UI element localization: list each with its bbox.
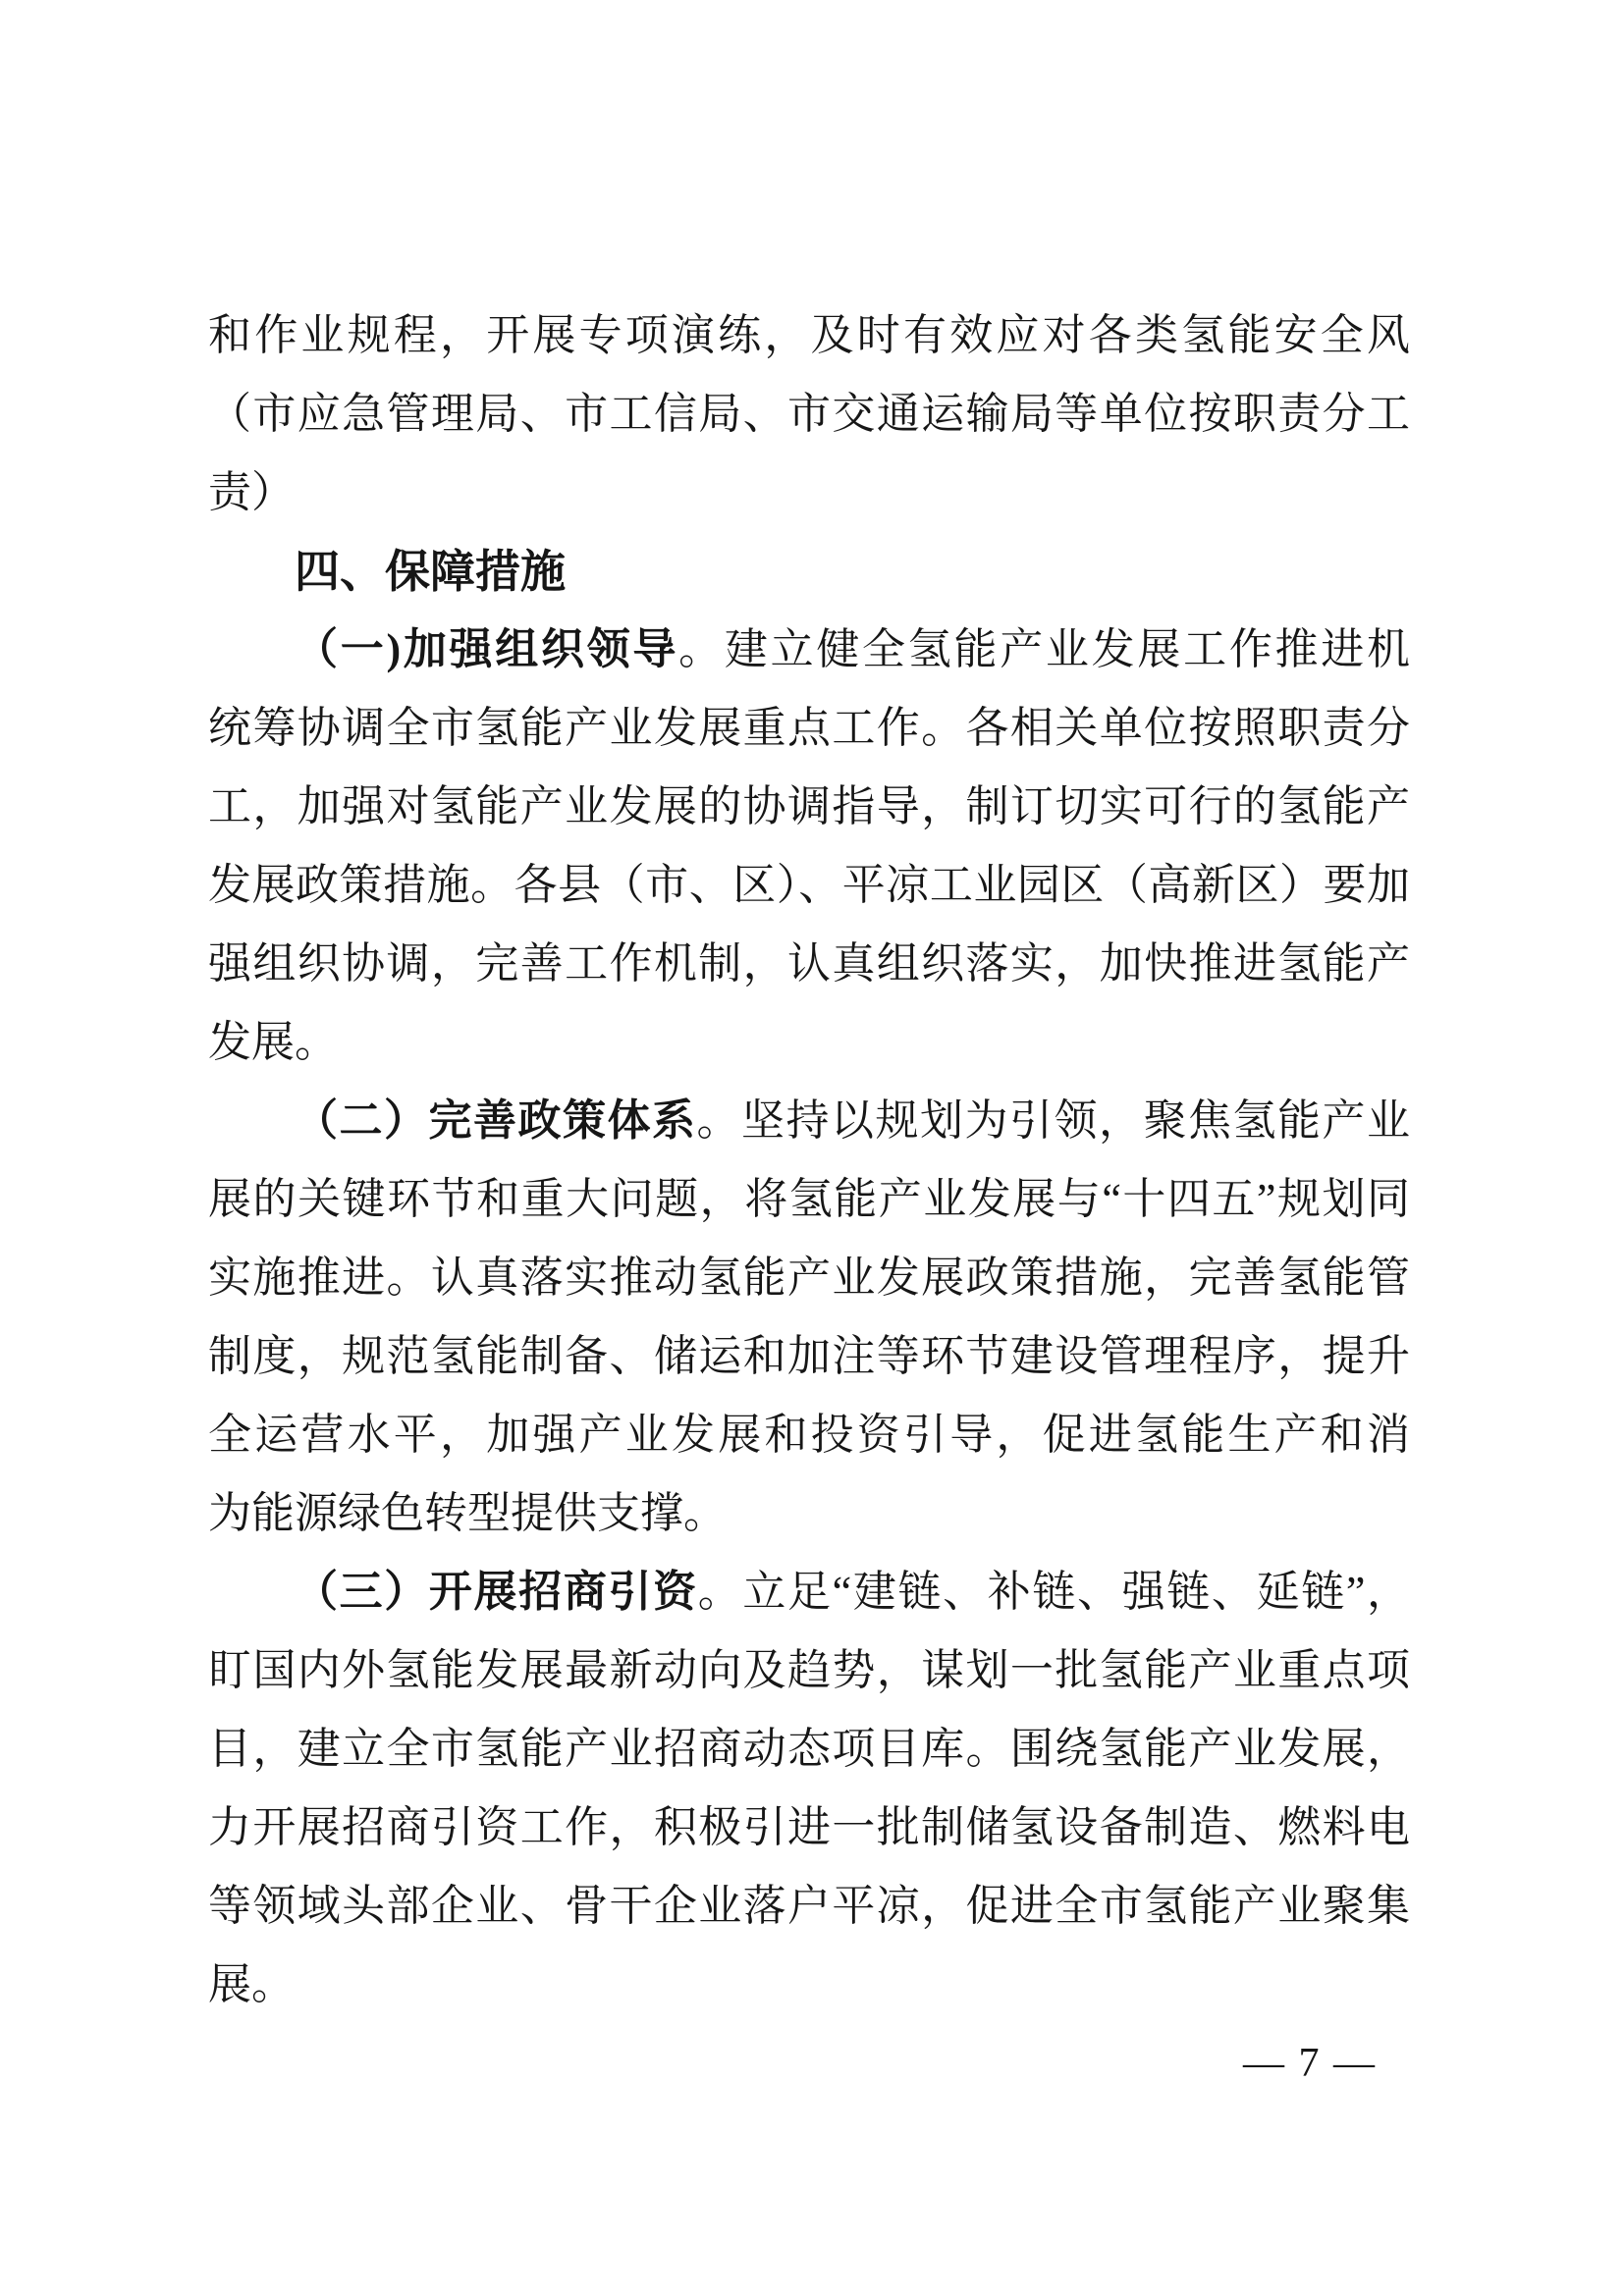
text-line: 强组织协调，完善工作机制，认真组织落实，加快推进氢能产业 xyxy=(208,925,1410,1003)
text-line: 全运营水平，加强产业发展和投资引导，促进氢能生产和消费， xyxy=(208,1396,1410,1474)
text-line: （市应急管理局、市工信局、市交通运输局等单位按职责分工负 xyxy=(208,375,1410,454)
paragraph-first-line: （二）完善政策体系。坚持以规划为引领，聚焦氢能产业发 xyxy=(208,1082,1410,1160)
text-line: 目，建立全市氢能产业招商动态项目库。围绕氢能产业发展，大 xyxy=(208,1710,1410,1789)
text-line: 等领域头部企业、骨干企业落户平凉，促进全市氢能产业聚集发 xyxy=(208,1867,1410,1946)
text-line: 为能源绿色转型提供支撑。 xyxy=(208,1474,1410,1553)
text-line: 制度，规范氢能制备、储运和加注等环节建设管理程序，提升安 xyxy=(208,1317,1410,1396)
text-line: 统筹协调全市氢能产业发展重点工作。各相关单位按照职责分 xyxy=(208,689,1410,768)
document-page: 和作业规程，开展专项演练，及时有效应对各类氢能安全风险。 （市应急管理局、市工信… xyxy=(0,0,1624,2296)
text-line: 力开展招商引资工作，积极引进一批制储氢设备制造、燃料电池 xyxy=(208,1789,1410,1867)
section-heading: 四、保障措施 xyxy=(208,532,1410,611)
paragraph-first-line: （一)加强组织领导。建立健全氢能产业发展工作推进机制， xyxy=(208,611,1410,689)
text-line: 展的关键环节和重大问题，将氢能产业发展与“十四五”规划同步 xyxy=(208,1160,1410,1239)
text-line: 盯国内外氢能发展最新动向及趋势，谋划一批氢能产业重点项 xyxy=(208,1631,1410,1710)
paragraph-first-line: （三）开展招商引资。立足“建链、补链、强链、延链”，紧 xyxy=(208,1553,1410,1631)
page-number: — 7 — xyxy=(1243,2040,1377,2087)
subsection-heading: （三）开展招商引资 xyxy=(295,1568,698,1616)
text-line: 发展。 xyxy=(208,1003,1410,1082)
subsection-heading: （二）完善政策体系 xyxy=(295,1096,697,1145)
text-line: 发展政策措施。各县（市、区）、平凉工业园区（高新区）要加 xyxy=(208,846,1410,925)
text-line: 和作业规程，开展专项演练，及时有效应对各类氢能安全风险。 xyxy=(208,296,1410,375)
text-line: 工，加强对氢能产业发展的协调指导，制订切实可行的氢能产业 xyxy=(208,768,1410,846)
document-body: 和作业规程，开展专项演练，及时有效应对各类氢能安全风险。 （市应急管理局、市工信… xyxy=(208,296,1410,2024)
subsection-heading: （一)加强组织领导 xyxy=(295,625,678,673)
text-line: 责） xyxy=(208,454,1410,532)
text-line: 展。 xyxy=(208,1946,1410,2024)
text-line: 实施推进。认真落实推动氢能产业发展政策措施，完善氢能管理 xyxy=(208,1239,1410,1317)
